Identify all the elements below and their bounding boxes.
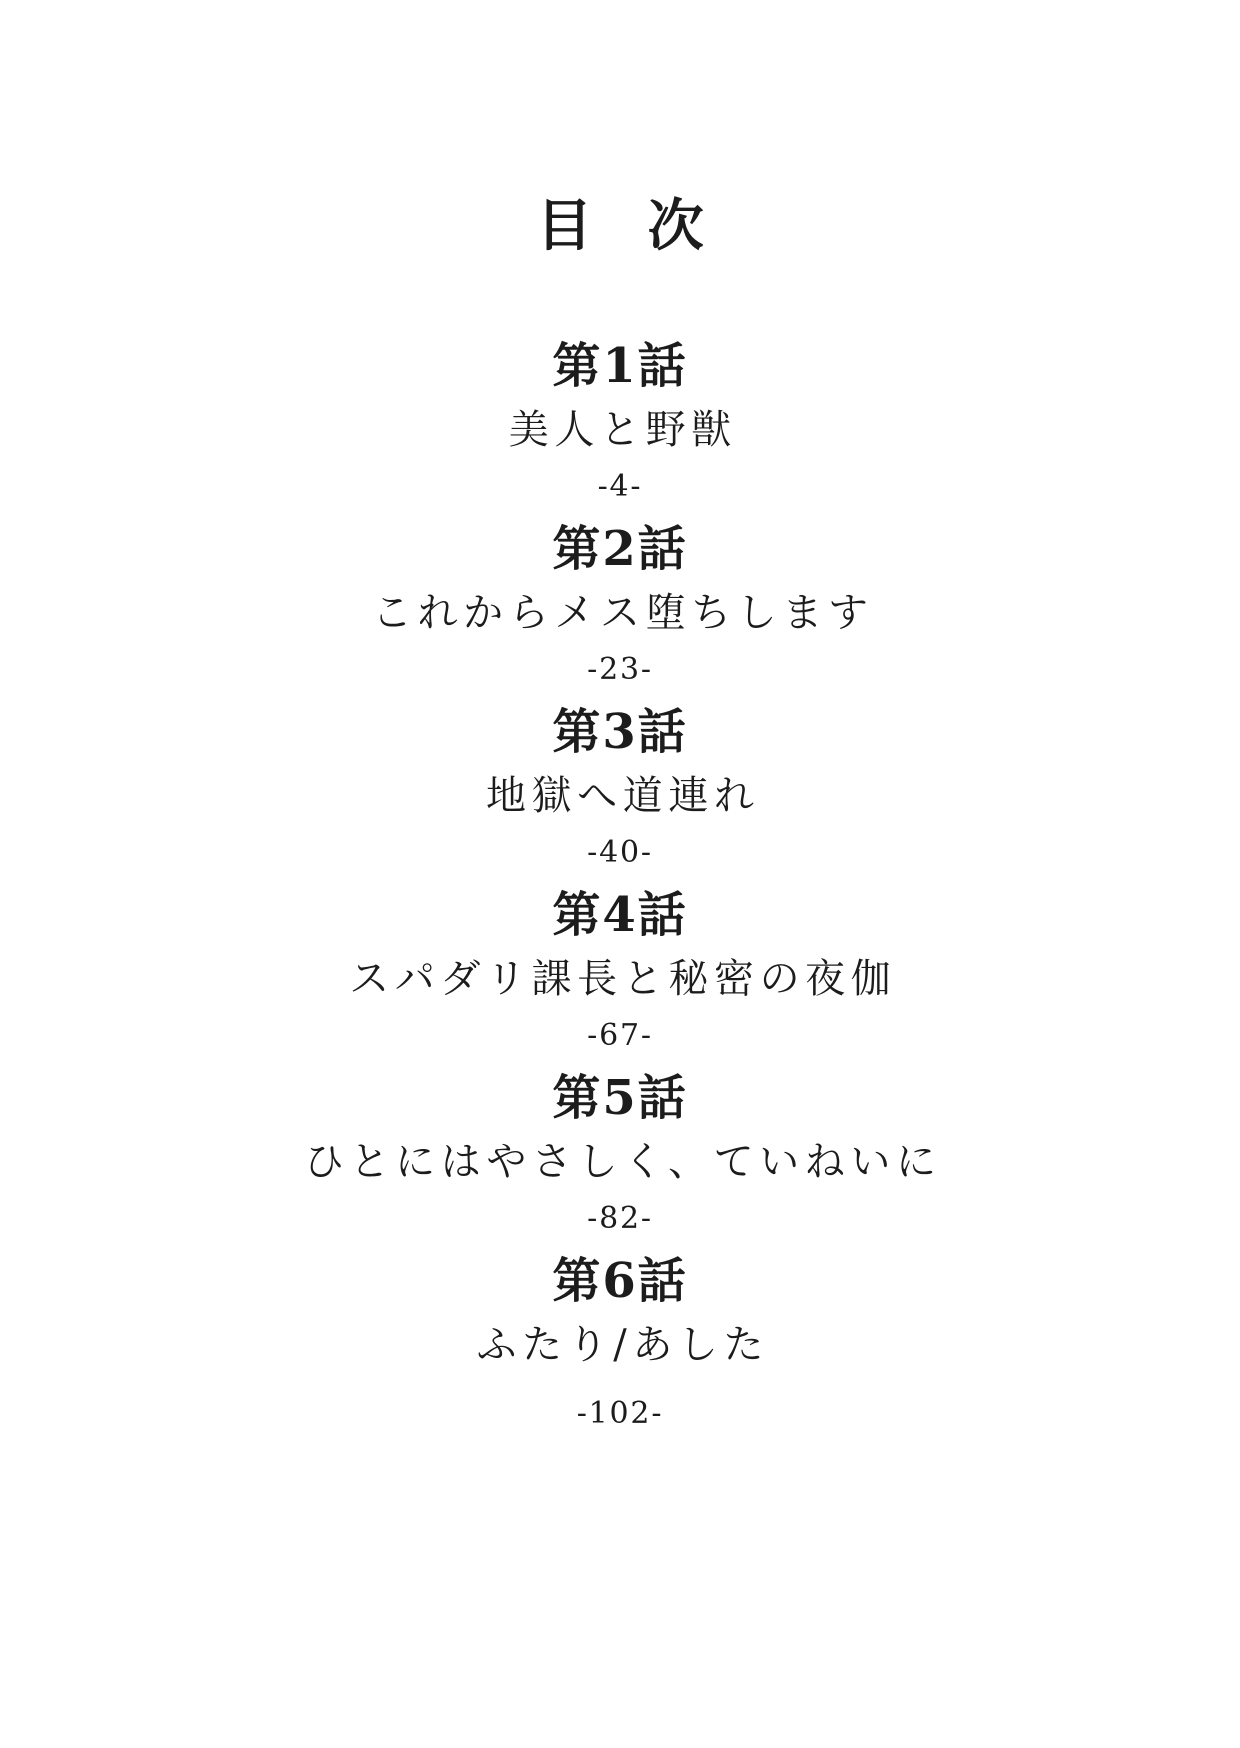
toc-page: 目 次 第1話 美人と野獣 -4- 第2話 これからメス堕ちします -23- 第… <box>0 0 1240 1748</box>
chapter-title: 地獄へ道連れ <box>480 776 759 816</box>
toc-entry: 第4話 スパダリ課長と秘密の夜伽 -67- <box>344 891 897 1051</box>
toc-entry: 第2話 これからメス堕ちします -23- <box>366 525 873 685</box>
chapter-number: 第4話 <box>552 891 687 939</box>
chapter-number: 第6話 <box>552 1257 687 1305</box>
chapter-title: これからメス堕ちします <box>366 593 873 633</box>
toc-entry: 第3話 地獄へ道連れ -40- <box>480 708 759 868</box>
chapter-number: 第2話 <box>552 525 687 573</box>
chapter-title: ふたり/あした <box>471 1325 769 1365</box>
chapter-number: 第5話 <box>552 1074 687 1122</box>
chapter-number: 第1話 <box>552 342 687 390</box>
chapter-title: ひとにはやさしく、ていねいに <box>298 1142 941 1182</box>
chapter-page-number: -23- <box>587 655 653 685</box>
chapter-number: 第3話 <box>552 708 687 756</box>
chapter-title: スパダリ課長と秘密の夜伽 <box>344 959 897 999</box>
chapter-page-number: -4- <box>598 472 643 502</box>
chapter-title: 美人と野獣 <box>503 410 737 450</box>
toc-entry: 第6話 ふたり/あした -102- <box>471 1257 769 1429</box>
chapter-page-number: -82- <box>587 1204 653 1234</box>
toc-entry: 第5話 ひとにはやさしく、ていねいに -82- <box>298 1074 941 1234</box>
page-title: 目 次 <box>518 198 721 254</box>
chapter-page-number: -67- <box>587 1021 653 1051</box>
toc-entry: 第1話 美人と野獣 -4- <box>503 342 737 502</box>
chapter-page-number: -40- <box>587 838 653 868</box>
chapter-page-number: -102- <box>577 1399 664 1429</box>
